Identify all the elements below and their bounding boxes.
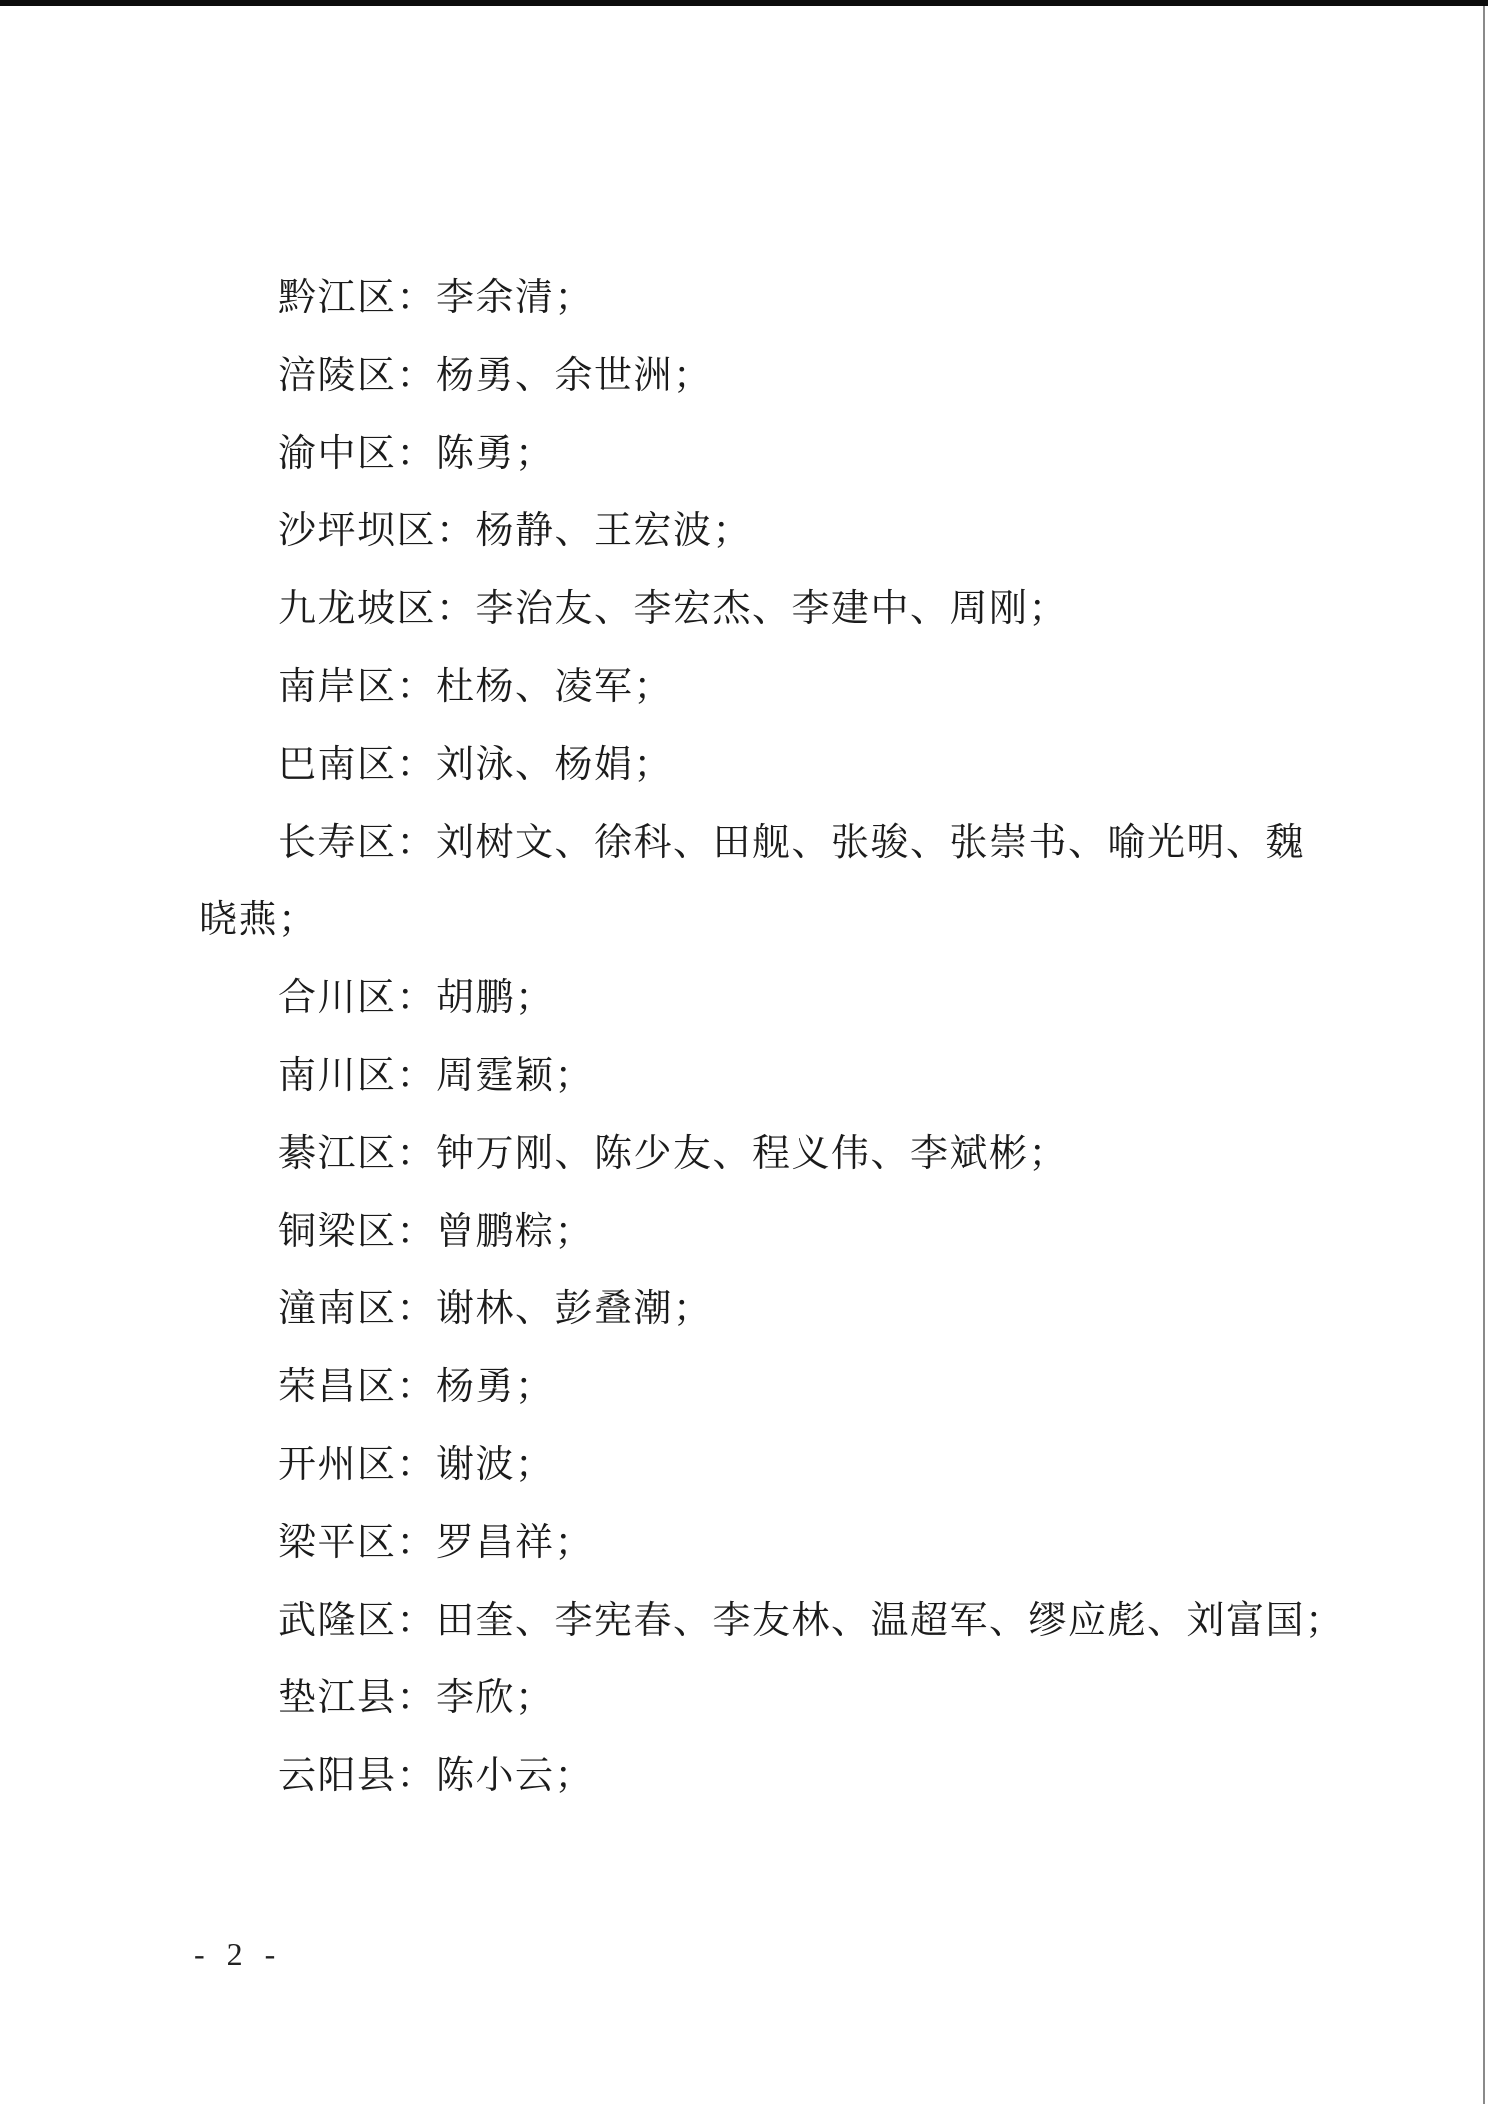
document-line: 黔江区：李余清；	[199, 260, 1359, 338]
document-line: 垫江县：李欣；	[199, 1660, 1359, 1738]
document-body: 黔江区：李余清；涪陵区：杨勇、余世洲；渝中区：陈勇；沙坪坝区：杨静、王宏波；九龙…	[199, 260, 1359, 1816]
document-line: 涪陵区：杨勇、余世洲；	[199, 338, 1359, 416]
document-line: 晓燕；	[199, 882, 1359, 960]
document-line: 云阳县：陈小云；	[199, 1738, 1359, 1816]
document-line: 梁平区：罗昌祥；	[199, 1505, 1359, 1583]
document-line: 綦江区：钟万刚、陈少友、程义伟、李斌彬；	[199, 1116, 1359, 1194]
document-line: 南岸区：杜杨、凌军；	[199, 649, 1359, 727]
document-page: 黔江区：李余清；涪陵区：杨勇、余世洲；渝中区：陈勇；沙坪坝区：杨静、王宏波；九龙…	[0, 0, 1488, 2104]
scan-top-edge	[0, 0, 1488, 6]
document-line: 沙坪坝区：杨静、王宏波；	[199, 493, 1359, 571]
document-line: 渝中区：陈勇；	[199, 416, 1359, 494]
document-line: 潼南区：谢林、彭叠潮；	[199, 1271, 1359, 1349]
scan-right-edge	[1483, 6, 1485, 2104]
document-line: 九龙坡区：李治友、李宏杰、李建中、周刚；	[199, 571, 1359, 649]
document-line: 合川区：胡鹏；	[199, 960, 1359, 1038]
document-line: 巴南区：刘泳、杨娟；	[199, 727, 1359, 805]
page-number: - 2 -	[194, 1936, 282, 1973]
document-line: 武隆区：田奎、李宪春、李友林、温超军、缪应彪、刘富国；	[199, 1583, 1359, 1661]
document-line: 开州区：谢波；	[199, 1427, 1359, 1505]
document-line: 荣昌区：杨勇；	[199, 1349, 1359, 1427]
document-line: 长寿区：刘树文、徐科、田舰、张骏、张崇书、喻光明、魏	[199, 805, 1359, 883]
document-line: 南川区：周霆颖；	[199, 1038, 1359, 1116]
document-line: 铜梁区：曾鹏粽；	[199, 1194, 1359, 1272]
